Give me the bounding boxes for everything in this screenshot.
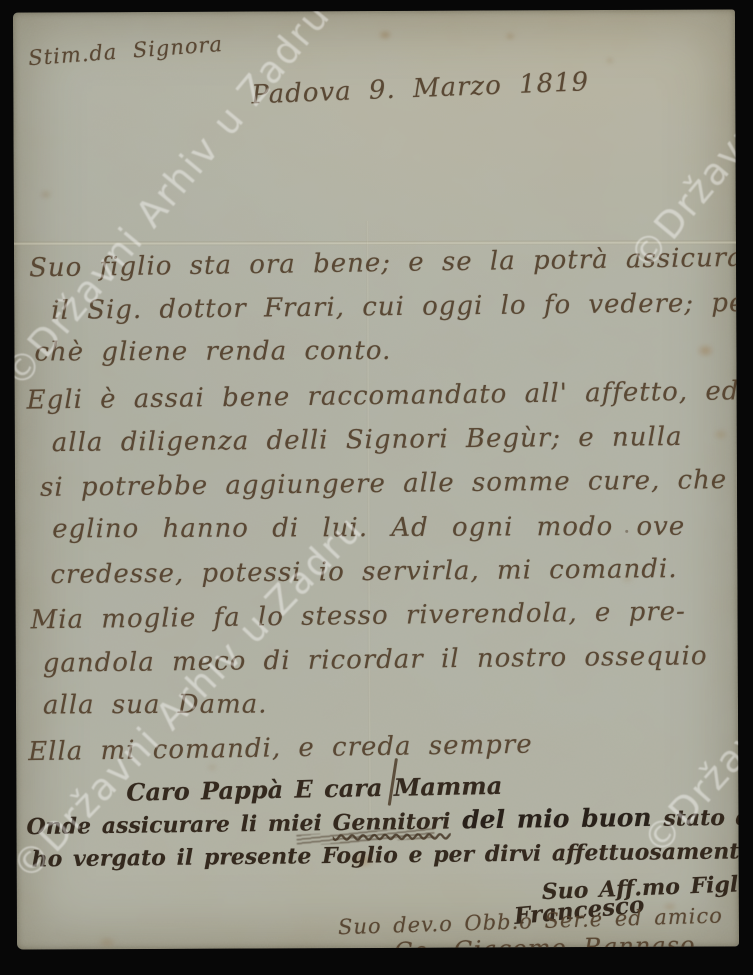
child-line: ho vergato il presente Foglio e per dirv… [32, 837, 740, 873]
scan-background: Stim.da Signora Padova 9. Marzo 1819 Suo… [0, 0, 753, 975]
child-line-bold: del mio buon [450, 803, 663, 835]
archive-watermark: ©Državni Arhiv u Zadru [621, 9, 739, 277]
child-greeting: Caro Pappà E cara Mamma [126, 771, 502, 807]
stain [505, 32, 515, 40]
stain [97, 936, 117, 948]
manuscript-line: Mia moglie fa lo stesso riverendola, e p… [30, 597, 686, 636]
manuscript-line: si potrebbe aggiungere alle somme cure, … [40, 465, 728, 503]
letter-page: Stim.da Signora Padova 9. Marzo 1819 Suo… [13, 9, 739, 949]
manuscript-line: gandola meco di ricordar il nostro osseq… [43, 641, 708, 679]
manuscript-line: Egli è assai bene raccomandato all' affe… [26, 376, 739, 415]
manuscript-line: il Sig. dottor Frari, cui oggi lo fo ved… [51, 288, 739, 326]
child-line-underlined: Gennitori [332, 809, 450, 837]
dateline: Padova 9. Marzo 1819 [251, 67, 590, 110]
salutation: Stim.da Signora [28, 32, 224, 70]
stain [713, 428, 729, 440]
manuscript-line: chè gliene renda conto. [34, 336, 391, 368]
stain [605, 57, 614, 64]
manuscript-line: alla diligenza delli Signori Begùr; e nu… [52, 422, 683, 458]
manuscript-line: credesse, potessi io servirla, mi comand… [50, 554, 677, 590]
stain [696, 344, 714, 358]
stain [378, 30, 392, 40]
stain [39, 189, 53, 199]
